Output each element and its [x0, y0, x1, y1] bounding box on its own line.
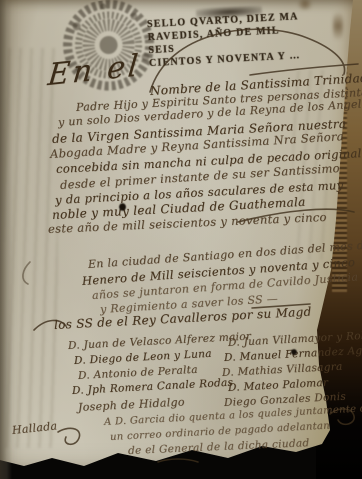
handwriting-layer: En el Nombre de la Santissima Trinidad P…	[0, 0, 362, 479]
ink-blot	[119, 203, 126, 211]
signature-name: D. Juan de Velasco Alferez maior	[68, 330, 252, 352]
signature-name: Joseph de Hidalgo	[78, 395, 185, 414]
manuscript-opener: En el	[46, 48, 142, 93]
stain-mark	[333, 6, 343, 46]
ink-blot	[291, 349, 297, 355]
manuscript-photo: SELLO QVARTO, DIEZ MA RAVEDIS, AÑO DE MI…	[0, 0, 362, 479]
margin-note: Hallada	[11, 419, 58, 437]
